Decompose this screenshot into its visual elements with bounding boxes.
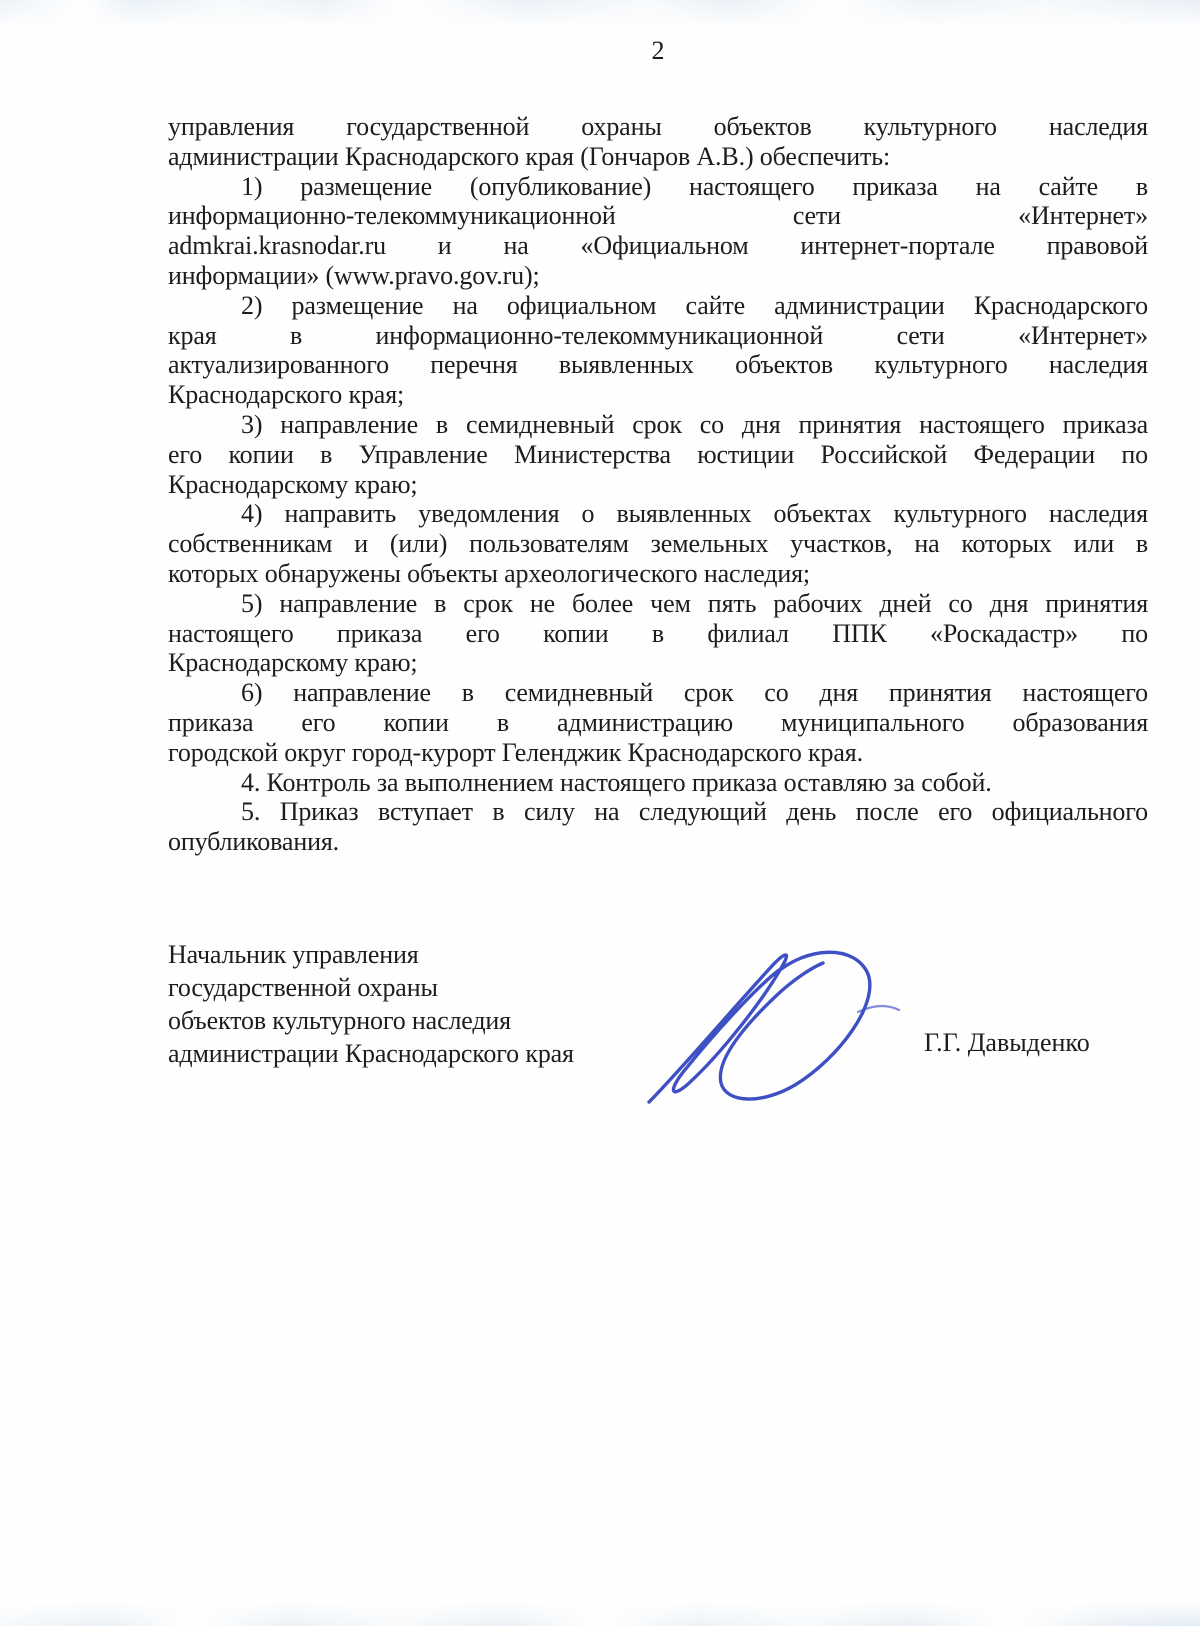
body-line: 5) направление в срок не более чем пять …	[168, 589, 1148, 619]
body-line: информации» (www.pravo.gov.ru);	[168, 261, 1148, 291]
body-line: управления государственной охраны объект…	[168, 112, 1148, 142]
body-line: городской округ город-курорт Геленджик К…	[168, 738, 1148, 768]
body-line: Краснодарского края;	[168, 380, 1148, 410]
body-line: приказа его копии в администрацию муници…	[168, 708, 1148, 738]
body-line: собственникам и (или) пользователям земе…	[168, 529, 1148, 559]
body-line: 6) направление в семидневный срок со дня…	[168, 678, 1148, 708]
body-line: его копии в Управление Министерства юсти…	[168, 440, 1148, 470]
body-line: 5. Приказ вступает в силу на следующий д…	[168, 797, 1148, 827]
body-line: 4) направить уведомления о выявленных об…	[168, 499, 1148, 529]
body-line: 2) размещение на официальном сайте админ…	[168, 291, 1148, 321]
signer-name: Г.Г. Давыденко	[924, 1028, 1090, 1058]
body-line: admkrai.krasnodar.ru и на «Официальном и…	[168, 231, 1148, 261]
signature-ink-icon	[625, 932, 910, 1110]
body-line: опубликования.	[168, 827, 1148, 857]
body-text: управления государственной охраны объект…	[168, 112, 1148, 857]
scan-artifact-bottom	[0, 1600, 1200, 1626]
body-line: Краснодарскому краю;	[168, 470, 1148, 500]
body-line: администрации Краснодарского края (Гонча…	[168, 142, 1148, 172]
body-line: 1) размещение (опубликование) настоящего…	[168, 172, 1148, 202]
body-line: 4. Контроль за выполнением настоящего пр…	[168, 768, 1148, 798]
scan-artifact-top	[0, 0, 1200, 30]
body-line: края в информационно-телекоммуникационно…	[168, 321, 1148, 351]
body-line: информационно-телекоммуникационной сети …	[168, 201, 1148, 231]
document-page: { "page": { "number": "2" }, "body": { "…	[0, 0, 1200, 1626]
page-number: 2	[168, 36, 1148, 66]
body-line: Краснодарскому краю;	[168, 648, 1148, 678]
body-line: 3) направление в семидневный срок со дня…	[168, 410, 1148, 440]
body-line: настоящего приказа его копии в филиал ПП…	[168, 619, 1148, 649]
body-line: которых обнаружены объекты археологическ…	[168, 559, 1148, 589]
body-line: актуализированного перечня выявленных об…	[168, 350, 1148, 380]
